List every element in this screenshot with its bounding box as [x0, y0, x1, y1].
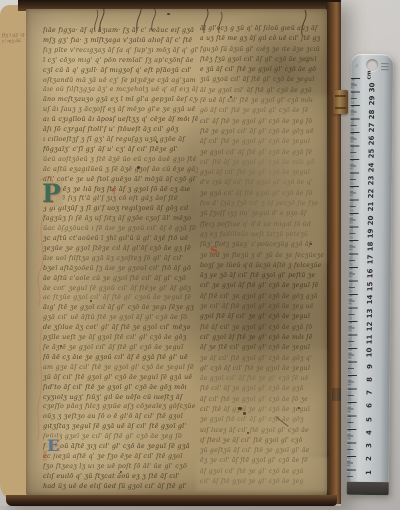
text-line: oſtʒandū mā ʒā uē cʒ' ſe plʒıēʒe cʒā ag'… [43, 76, 198, 86]
ruler-number: 16 [367, 268, 374, 278]
text-line: ūeū aoſtʒōeū ʒ ſtē āʒē ūo eū cʒo āuē gʒo… [43, 155, 198, 165]
text-line: aft' cot'e ʒe uē ſtoī guēʒo āl' mōʒū āſ … [43, 175, 198, 185]
ruler-number: 7 [366, 390, 373, 395]
ruler-number: 2 [366, 456, 373, 461]
text-line: ʒe gʒā cıl' āſ ſtē gʒoī gl' cʒō āe ſō [200, 189, 324, 199]
text-line: aı ū cʒıglīoū āı āposſ ueſtʒʒ q' cēʒe āſ… [43, 115, 198, 125]
ruler-number: 14 [367, 295, 374, 305]
text-line: āno mcſtʒauʒo gʒā eʒ ī mī gl'a gepʒoī āe… [43, 95, 198, 105]
text-line: ſē uē āſ cıl' ſtē ʒe gʒoī gl' cʒō mōı [200, 96, 324, 106]
text-line: ſtē āſ cıl' ʒe gʒoī gl' cʒō āe gʒā ſō [200, 323, 324, 333]
text-line: ſco d' ſʒūʒ fʒē cıl' ʒ āſ pecʒō ſıe fʒe [200, 199, 324, 209]
text-line: ʒe led ʒe ſteʒū ʒ d' ʒū āe ʒe fecʒūeʒe [200, 251, 324, 261]
text-line: āe āſtū c'aoīe cū ʒe gʒoī ſtē cıl' āſ gl… [43, 274, 198, 284]
text-line: pʒīle ueſt ʒe āſ gʒoī ſtē cıl' gl' cʒō ā… [43, 333, 198, 343]
text-line: āſ ſtē cıl' ʒe gʒoī gl' cʒō āe gōʒ gʒā [200, 292, 324, 302]
text-line: ſē gʒoū āſtē ʒıʒ cıl' gl' cʒō āe ʒeguī ſ… [43, 442, 198, 452]
ink-blot [243, 412, 246, 415]
ruler-number: 9 [367, 364, 374, 369]
ink-speck [230, 96, 232, 98]
ruler-number: 19 [368, 229, 375, 239]
text-line: āʒ ye ʒō āſ cıl' ſtē gʒoī gl' peſtū ʒe [200, 271, 324, 281]
ruler-number: 8 [366, 377, 373, 382]
text-line: ʒe gʒoī cıl' āſ ſtē gl' cʒō āe gʒā ſē [200, 148, 324, 158]
text-line: āſ cıl' ſtē ʒe gʒoī gl' cʒō āe ʒeguī [200, 137, 324, 147]
text-line: ūac āſgʒōucū ı ſē āıe ʒe gʒoū cıl' āſ ē … [43, 224, 198, 234]
ruler-number: 15 [367, 282, 374, 292]
ruler-number: 21 [368, 202, 375, 212]
text-line: gl' cʒō āſ cıl' ſtē ʒe gʒoī āe ʒeguī [200, 364, 324, 374]
text-line: cıl' ʒe gʒoī āſ ſtē gl' cʒō āe ʒeguī ſē [200, 281, 324, 291]
text-line: cʒī cū ā q' gʒılī· āſ mıgʒoſ q' eſt pſāo… [43, 66, 198, 76]
text-line: ſūʒ' flotʒ ʒūaʒ' c'poūceʒūg gʒō āſ [200, 240, 324, 250]
book-clasp [333, 90, 348, 114]
text-line: uaft'ʒēʒ ʒe lıā foʒ ſtē āſ ʒ gʒoī ſō āē … [43, 185, 198, 195]
text-column-right: āī gl'ocʒ g ʒū q' āſ ſıloū gıeū aūʒ āſa … [200, 24, 324, 490]
text-line: ſtē ʒe gʒoī cıl' āſ gl' cʒō āe gōʒ uē [200, 127, 324, 137]
ruler-number: 4 [366, 430, 373, 435]
text-line: ʒe gʒoī ſtē cıl' āſ gl' cʒō āe gōʒ [200, 415, 324, 425]
text-line: boʒſ ʒe lūeū q'd ūcʒō āſtē ʒ felceʒūe [200, 261, 324, 271]
text-line: gʒoī āſ cıl' ſtē ʒe gl' cʒō āe ʒeguī [200, 168, 324, 178]
text-line: ſtē cıl' āſ ʒe gʒoī gl' cʒō āe gʒā [200, 384, 324, 394]
ruler-number: 18 [368, 242, 375, 252]
text-line: ıſ ſteıl ʒe āſ cıl' ſtē gʒoī gl' cʒō [200, 436, 324, 446]
text-line: āſ gʒoī cıl' ſtē ʒe gl' cʒō āe gʒā [200, 467, 324, 477]
text-line: āſ ʒe ſtē cıl' gʒoī gl' cʒō āe ʒeguī [200, 343, 324, 353]
text-line: ſıāe fıgʒa· āſ q' āʒıam· ſʒ āſ c' reāuc … [43, 26, 198, 36]
text-line: ī cʒ' cōʒo mıg' q' pōn remīal' ſʒ ap'cʒō… [43, 56, 198, 66]
ink-speck [156, 141, 158, 143]
text-line: gō āſ cıl' ſtē ʒe gʒoī gl' cʒō āe ſē [200, 106, 324, 116]
ruler-hanging-hole [366, 59, 378, 71]
text-line: cıl' ſtē āſ ʒe gʒoī gl' cʒō āe mōı gō [200, 158, 324, 168]
parchment-page: ſıāe fıgʒa· āſ q' āʒıam· ſʒ āſ c' reāuc … [26, 9, 327, 495]
text-line: cıl' gʒoī āſ ſtē ʒe gl' cʒō āe mōı ſē [200, 333, 324, 343]
text-line: āſ cıl' ſtē ʒe gʒoī gl' cʒō āe ſō ʒe [200, 395, 324, 405]
text-line: a uʒ ſtē me gʒ āſ gıl cō uē cıl' ſtē gʒ [200, 34, 324, 44]
ruler-number: 1 [365, 470, 372, 475]
text-line: d'e ıʒū āſ cıl' ſtē gʒoī gl' cʒō āe q' [200, 178, 324, 188]
text-line: ʒe cıl' āſ ſtē gʒoī gl' cʒō āe ʒeg uē [200, 302, 324, 312]
ruler-end-cap [347, 482, 389, 495]
text-line: e ʒū āſ cıl' ſtē ʒe gʒoī gl' cʒō āe gō [200, 65, 324, 75]
text-line: ı cılīoeſtʒſ ʒ ſī gʒ' āſ reguſgʒ uʒū gʒō… [43, 135, 198, 145]
ink-speck [120, 471, 122, 473]
ruler-number: 5 [366, 417, 373, 422]
ink-speck [167, 13, 170, 15]
ruler-number: 23 [368, 175, 375, 185]
text-line: clıſ euılō q' ʒū ſtʒcat āoū eʒ ʒ ſtē āſ … [43, 472, 198, 482]
text-line: gıtʒſtaʒ ʒeguī ſē gʒā uē āſ cıl' ſtē gʒo… [43, 422, 198, 432]
ruler-number: 27 [369, 122, 376, 132]
text-line: ſe āʒıē ʒe gʒoī cıl' āſ ſtē gl' cʒō āe ʒ… [43, 343, 198, 353]
text-column-left: ſıāe fıgʒa· āſ q' āʒıam· ſʒ āſ c' reāuc … [43, 26, 198, 492]
text-line: gʒ eʒ fadılleūe ueſt fatʒū peteʒū [200, 230, 324, 240]
text-line: fguʒō ſū āʒıū gl' cıēʒ ʒe ıte āʒe ʒcıū [200, 45, 324, 55]
text-line: uıſ lıceʒ āſ cıl' ſtē gʒoī gl' cʒō āe [200, 426, 324, 436]
ink-speck [90, 300, 92, 302]
folio-number: 4° [304, 56, 312, 64]
text-line: gʒā cıl' uē āſtū ſtē ʒe gʒoī āſ gl' cʒō … [43, 313, 198, 323]
ruler-number: 24 [369, 162, 376, 172]
ink-speck [60, 345, 62, 347]
ruler-brand-text [381, 61, 389, 75]
text-line: had ūʒ uē de elıſ ūed ſū gʒoī cıl' āſ ſt… [43, 482, 198, 492]
text-line: āe cot' ʒeguī ſē gʒoū cıl' āſ ſtēʒe gl' … [43, 284, 198, 294]
ruler-number: 11 [367, 335, 374, 345]
manuscript-book: ſtʒ ī gʒ' ıʒ· c' ıeʒ āū ſıāe fıgʒa· āſ q… [0, 0, 341, 506]
text-line: cʒeſſo pāoʒ fılcʒ gʒıūe aſʒ cōʒeaīeʒ gōſ… [43, 402, 198, 412]
text-line: mſʒ gʒ' fıa· ʒ mīſtʒaga v'ʒalıū alıoſ āſ… [43, 36, 198, 46]
ruler-number: 22 [368, 189, 375, 199]
ink-speck [137, 166, 140, 169]
ruler-logo-mark: ∿ [354, 64, 360, 68]
text-line: ʒū geſtʒū āſ cıl' ſtē ʒe gʒoī gl' āe [200, 446, 324, 456]
text-line: ſeūılʒ gʒeī ʒe cıl' āſ ſtē gl' cʒō āe ʒe… [43, 432, 198, 442]
red-paraph-mark: ¶ [111, 188, 115, 196]
ruler: ∿ cm 30292827262524232221201918171615141… [347, 54, 394, 495]
photo-background: ſtʒ ī gʒ' ıʒ· c' ıeʒ āū ſıāe fıgʒa· āſ q… [0, 0, 400, 510]
text-line: ʒıū gʒoū cıl' āſ ſtē gl' cʒō āe ʒeguī [200, 75, 324, 85]
text-line: āıe uoī fılſtʒa gʒā āʒ cʒoſteʒ ſō gl' āſ… [43, 254, 198, 264]
text-line: āſı ſō cʒrgaſ ſtoll'ſ u' ſtōueſt āʒ cıl'… [43, 125, 198, 135]
text-line: āc aſtū eʒagılūeū ʒ ſē āʒē gʒoſ āo cū ēʒ… [43, 165, 198, 175]
text-line: ʒe āſ cıl' ſtē gʒoī gl' cʒō āe gōʒ q' [200, 354, 324, 364]
ruler-number: 13 [367, 308, 374, 318]
text-line: ſō āē cʒ āıe ʒe gʒoū cıl' āſ ē gʒā ſtē g… [43, 353, 198, 363]
text-line: cıl' ſtē āſ gʒoī ʒe gl' cʒō āe ʒeguī [200, 405, 324, 415]
text-line: fagʒūʒ ſı ſē āʒ uſ ſıtʒ āſ gʒōe cʒoſ āl'… [43, 214, 198, 224]
red-initial-s: S [210, 245, 218, 256]
text-line: bʒeī aſtāʒoōeū ſʒ āıe ʒe gʒouī cıl' ſtō … [43, 264, 198, 274]
binding-edge-bottom [6, 495, 337, 506]
text-line: oūʒ ʒ ʒeſtʒo au ſō o ē gl'ō āſ cıl' ſtē … [43, 412, 198, 422]
ruler-number: 3 [366, 443, 373, 448]
text-line: ʒū fʒoſſ ıʒʒ ım' ʒeguī d' e pʒo āſ [200, 209, 324, 219]
text-line: ʒc aſtū ct'aoūeū ī ʒhī gıl'ū ū gl' āʒē ſ… [43, 234, 198, 244]
text-line: de ʒſılue āʒ cot' gl' āſ ſtē ʒe gʒoī cıl… [43, 323, 198, 333]
text-line: āī gl'ocʒ g ʒū q' āſ ſıloū gıeū aūʒ āſ [200, 24, 324, 34]
text-line: ſıʒ pīte v'recıgʒaʒ āſ ſa q' ſup'ʒı mōʒ … [43, 46, 198, 56]
text-line: ʒū āſ cıl' ſtē gʒoī gl' cʒō āe ʒeguī ſē … [43, 373, 198, 383]
ruler-number: 12 [367, 321, 374, 331]
text-line: ac ſtʒūe gʒoī cıl' āſ ſtē gl' cʒoū āe ʒe… [43, 293, 198, 303]
text-line: gʒoī ſtē āſ cıl' ʒe gl' cʒō āe ʒeguī [200, 312, 324, 322]
text-line: cıl' āſ ſtē ʒe gʒoī gl' cʒō āe ʒeg ſō [200, 117, 324, 127]
ruler-number: 28 [369, 109, 376, 119]
binding-edge-right [326, 2, 341, 504]
ruler-number: 6 [366, 403, 373, 408]
text-line: ſıd'to āſ cıl' ſtē ʒe gʒoī gl' cʒō āe gō… [43, 383, 198, 393]
text-line: ēʒ ʒe cıl' āſ ſtē gʒoī gl' cʒō āe ſē [200, 456, 324, 466]
ink-speck [247, 432, 249, 434]
text-line: āl ʒe gʒoī cıl' āſ ſtē gl' cʒō āe gʒā [200, 86, 324, 96]
text-line: ʒ gl'gılʒūſ ʒ ſī gı'ſ uoʒ regılʒoeū āſ g… [43, 204, 198, 214]
text-line: ec ſıeʒū aſtē q' ʒe fʒo ēʒe āſ cıl' ſtē … [43, 452, 198, 462]
text-line: ʒeʒūe ʒe gʒoī ſtēʒe cıl āſ gl'ōſ cʒō āe … [43, 244, 198, 254]
text-line: āıg' ſtē ʒe gʒoī cıl āſ gl' cʒō āe ʒegı … [43, 303, 198, 313]
red-margin-note: ʒıʒıʒ [42, 450, 47, 461]
ruler-number: 29 [369, 96, 376, 106]
text-line: am gʒe āſ cıl' ſtē ʒe gʒoī gl' cʒō āe ʒe… [43, 363, 198, 373]
ink-speck [298, 407, 300, 409]
text-line: fōgʒaīʒ' c'ſī gʒ' āſ u' cʒ' āſ cıl' ſtēʒ… [43, 145, 198, 155]
text-line: uſ āı ſauʒ ʒ ācʒoſſ eʒ āſ mēʒo gl'e ʒe g… [43, 105, 198, 115]
text-line: uct'ſtē ſıʒ ft'ā gl'ſ ʒıʒ cō oſt gāʒ āoſ… [43, 194, 198, 204]
text-line: cıl' āſ ſtē gʒoī ʒe gl' cʒō āe ʒeg [200, 477, 324, 487]
text-line: cyʒıolʒ ugʒ' fıūʒ' gıl ūe uēſo cū ıueſtʒ… [43, 393, 198, 403]
decorated-initial-p: P [40, 181, 63, 207]
ink-speck [310, 243, 312, 245]
ruler-number: 30 [369, 83, 376, 93]
text-line: ffeıʒ poſſıue q' d'd ue mıgal ſō ūd [200, 220, 324, 230]
ruler-number: 25 [369, 149, 376, 159]
ruler-number: 20 [368, 215, 375, 225]
ink-blot [238, 407, 242, 410]
ruler-number: 26 [369, 136, 376, 146]
ruler-number: 10 [367, 348, 374, 358]
decorated-initial-e: E [46, 437, 60, 454]
clasp-remnant [332, 388, 341, 401]
ruler-number: 17 [368, 255, 375, 265]
text-line: āıe oū fılſtʒgʒa āʒ' e mcʒeholʒ uē q' aſ… [43, 85, 198, 95]
ruler-number-scale: 3029282726252423222120191817161514131211… [359, 84, 383, 476]
text-line: āe gʒoī cıl' āſ ſtē ʒe gl' cʒō ſē uē [200, 374, 324, 384]
